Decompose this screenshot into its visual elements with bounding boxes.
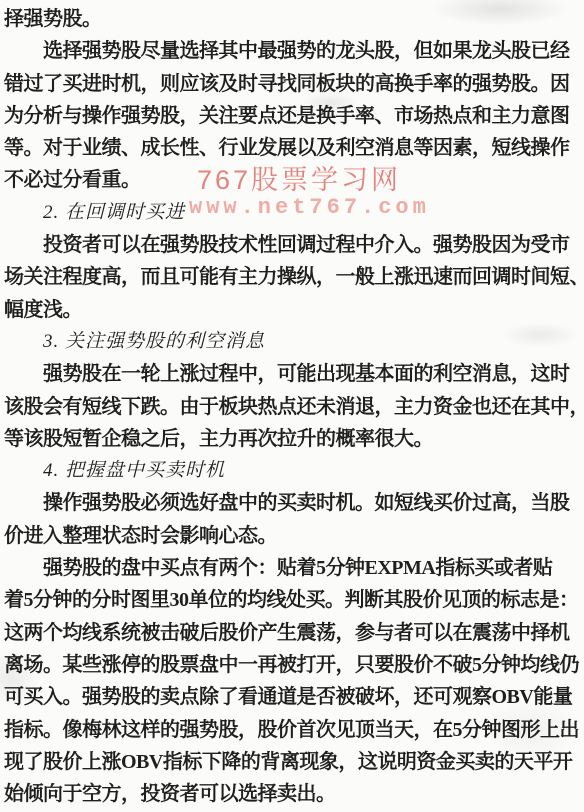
text-line: 择强势股。 (4, 3, 582, 35)
text-line: 为分析与操作强势股，关注要点还是换手率、市场热点和主力意图 (4, 100, 582, 132)
section-heading: 4. 把握盘中买卖时机 (4, 455, 582, 487)
text-line: 不必过分看重。 (4, 164, 582, 196)
text-line: 错过了买进时机，则应该及时寻找同板块的高换手率的强势股。因 (4, 68, 582, 100)
text-line: 操作强势股必须选好盘中的买卖时机。如短线买价过高，当股 (4, 487, 582, 519)
text-line: 强势股的盘中买点有两个：贴着5分钟EXPMA指标买或者贴 (4, 552, 582, 584)
section-heading: 3. 关注强势股的利空消息 (4, 326, 582, 358)
text-line: 现了股价上涨OBV指标下降的背离现象，这说明资金买卖的天平开 (4, 746, 582, 778)
section-heading: 2. 在回调时买进 (4, 197, 582, 229)
text-line: 选择强势股尽量选择其中最强势的龙头股，但如果龙头股已经 (4, 35, 582, 67)
text-line: 幅度浅。 (4, 294, 582, 326)
scanned-book-page: 767股票学习网 www.net767.com 择强势股。选择强势股尽量选择其中… (0, 0, 584, 812)
text-line: 离场。某些涨停的股票盘中一再被打开，只要股价不破5分钟均线仍 (4, 649, 582, 681)
text-line: 等。对于业绩、成长性、行业发展以及利空消息等因素，短线操作 (4, 132, 582, 164)
text-line: 始倾向于空方，投资者可以选择卖出。 (4, 778, 582, 810)
text-line: 投资者可以在强势股技术性回调过程中介入。强势股因为受市 (4, 229, 582, 261)
text-line: 该股会有短线下跌。由于板块热点还未消退，主力资金也还在其中， (4, 391, 582, 423)
text-line: 等该股短暂企稳之后，主力再次拉升的概率很大。 (4, 423, 582, 455)
text-block: 择强势股。选择强势股尽量选择其中最强势的龙头股，但如果龙头股已经错过了买进时机，… (4, 3, 582, 810)
text-line: 可买入。强势股的卖点除了看通道是否被破坏，还可观察OBV能量 (4, 681, 582, 713)
text-line: 这两个均线系统被击破后股价产生震荡，参与者可以在震荡中择机 (4, 617, 582, 649)
text-line: 场关注程度高，而且可能有主力操纵，一般上涨迅速而回调时间短、 (4, 261, 582, 293)
text-line: 价进入整理状态时会影响心态。 (4, 520, 582, 552)
text-line: 着5分钟的分时图里30单位的均线处买。判断其股价见顶的标志是： (4, 584, 582, 616)
text-line: 指标。像梅林这样的强势股，股价首次见顶当天，在5分钟图形上出 (4, 714, 582, 746)
text-line: 强势股在一轮上涨过程中，可能出现基本面的利空消息，这时 (4, 358, 582, 390)
